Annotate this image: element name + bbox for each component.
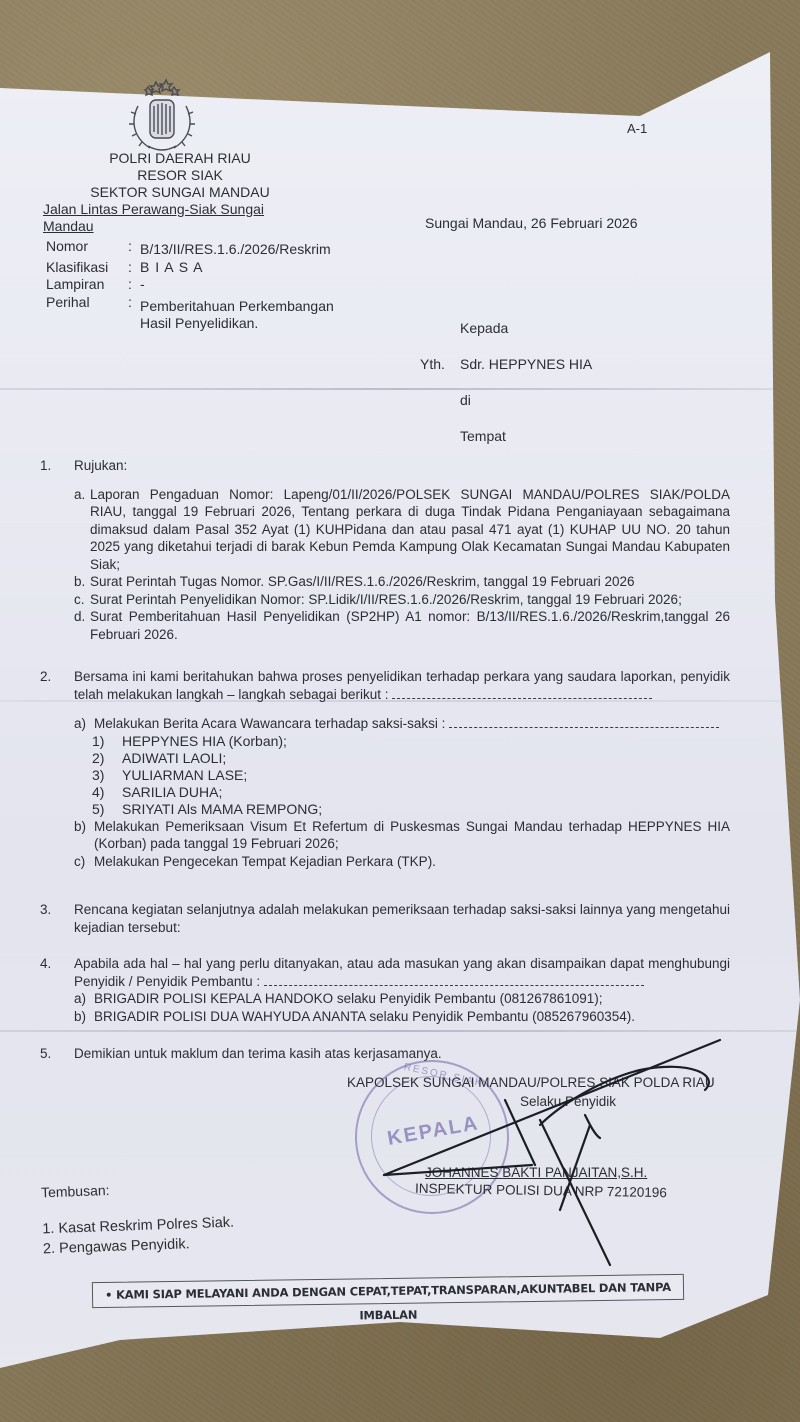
section-4-contacts: 4. Apabila ada hal – hal yang perlu dita… xyxy=(40,955,730,1025)
section-text: Bersama ini kami beritahukan bahwa prose… xyxy=(74,668,730,703)
recipient-yth: Yth. xyxy=(420,356,445,372)
meta-row-perihal: Perihal : Pemberitahuan Perkembangan Has… xyxy=(46,294,334,333)
meta-label: Klasifikasi xyxy=(46,259,128,277)
section-number: 5. xyxy=(40,1045,74,1063)
meta-row-klasifikasi: Klasifikasi : B I A S A xyxy=(46,259,334,277)
section-title: Rujukan: xyxy=(74,457,730,475)
meta-separator: : xyxy=(128,238,140,259)
witness-name: ADIWATI LAOLI; xyxy=(122,750,226,767)
meta-value: B/13/II/RES.1.6./2026/Reskrim xyxy=(140,238,331,259)
meta-separator: : xyxy=(128,294,140,333)
section-1-references: 1. Rujukan: a. Laporan Pengaduan Nomor: … xyxy=(40,457,730,643)
contact-text: BRIGADIR POLISI DUA WAHYUDA ANANTA selak… xyxy=(94,1008,730,1026)
section-5-closing: 5. Demikian untuk maklum dan terima kasi… xyxy=(40,1045,730,1063)
reference-item: c. Surat Perintah Penyelidikan Nomor: SP… xyxy=(74,591,730,609)
witness-item: 1)HEPPYNES HIA (Korban); xyxy=(92,733,730,750)
section-text: Apabila ada hal – hal yang perlu ditanya… xyxy=(74,955,730,990)
signatory-name: JOHANNES BAKTI PANJAITAN,S.H. xyxy=(425,1165,647,1180)
letterhead-address: Jalan Lintas Perawang-Siak Sungai Mandau xyxy=(43,201,315,235)
witness-number: 5) xyxy=(92,801,122,818)
reference-item: b. Surat Perintah Tugas Nomor. SP.Gas/I/… xyxy=(74,573,730,591)
witness-name: SRIYATI Als MAMA REMPONG; xyxy=(122,801,322,818)
item-label: a) xyxy=(74,715,94,733)
meta-row-nomor: Nomor : B/13/II/RES.1.6./2026/Reskrim xyxy=(46,238,334,259)
item-label: a. xyxy=(74,486,90,574)
meta-label: Perihal xyxy=(46,294,128,333)
item-label: b) xyxy=(74,818,94,853)
reference-item: a. Laporan Pengaduan Nomor: Lapeng/01/II… xyxy=(74,486,730,574)
section-2-progress: 2. Bersama ini kami beritahukan bahwa pr… xyxy=(40,668,730,870)
witness-name: HEPPYNES HIA (Korban); xyxy=(122,733,287,750)
witness-item: 5)SRIYATI Als MAMA REMPONG; xyxy=(92,801,730,818)
item-text: Surat Perintah Penyelidikan Nomor: SP.Li… xyxy=(90,591,730,609)
witness-number: 4) xyxy=(92,784,122,801)
section-number: 4. xyxy=(40,955,74,990)
dashed-fill-line xyxy=(392,688,652,699)
meta-label: Nomor xyxy=(46,238,128,259)
action-item: b) Melakukan Pemeriksaan Visum Et Refert… xyxy=(74,818,730,853)
witness-item: 2)ADIWATI LAOLI; xyxy=(92,750,730,767)
section-text: Demikian untuk maklum dan terima kasih a… xyxy=(74,1045,730,1063)
contact-item: b) BRIGADIR POLISI DUA WAHYUDA ANANTA se… xyxy=(74,1008,730,1026)
subject-line: Hasil Penyelidikan. xyxy=(140,315,334,333)
witness-item: 4)SARILIA DUHA; xyxy=(92,784,730,801)
meta-value: Pemberitahuan Perkembangan Hasil Penyeli… xyxy=(140,294,334,333)
contact-text: BRIGADIR POLISI KEPALA HANDOKO selaku Pe… xyxy=(94,990,730,1008)
carbon-copy-block: Tembusan: 1. Kasat Reskrim Polres Siak. … xyxy=(41,1177,235,1260)
subject-line: Pemberitahuan Perkembangan xyxy=(140,298,334,316)
letterhead-line: SEKTOR SUNGAI MANDAU xyxy=(45,184,315,201)
section-3-plan: 3. Rencana kegiatan selanjutnya adalah m… xyxy=(40,901,730,936)
meta-row-lampiran: Lampiran : - xyxy=(46,276,334,294)
meta-value: B I A S A xyxy=(140,259,203,277)
action-item: a) Melakukan Berita Acara Wawancara terh… xyxy=(74,715,730,733)
form-code: A-1 xyxy=(627,121,647,136)
witness-name: SARILIA DUHA; xyxy=(122,784,222,801)
witness-name: YULIARMAN LASE; xyxy=(122,767,247,784)
item-label: c. xyxy=(74,591,90,609)
item-text: Surat Pemberitahuan Hasil Penyelidikan (… xyxy=(90,608,730,643)
item-text: Laporan Pengaduan Nomor: Lapeng/01/II/20… xyxy=(90,486,730,574)
item-label: a) xyxy=(74,990,94,1008)
place-date: Sungai Mandau, 26 Februari 2026 xyxy=(425,215,637,231)
signatory-role: Selaku Penyidik xyxy=(520,1094,616,1109)
paper-fold-crease xyxy=(0,1030,800,1032)
recipient-kepada: Kepada xyxy=(460,320,508,336)
witness-number: 1) xyxy=(92,733,122,750)
letterhead-line: POLRI DAERAH RIAU xyxy=(45,150,315,167)
item-text: Melakukan Berita Acara Wawancara terhada… xyxy=(94,715,730,733)
letterhead: POLRI DAERAH RIAU RESOR SIAK SEKTOR SUNG… xyxy=(45,150,315,235)
item-label: b. xyxy=(74,573,90,591)
recipient-tempat: Tempat xyxy=(460,428,506,444)
item-text-content: Melakukan Berita Acara Wawancara terhada… xyxy=(94,716,445,731)
witness-number: 2) xyxy=(92,750,122,767)
witness-item: 3)YULIARMAN LASE; xyxy=(92,767,730,784)
section-number: 3. xyxy=(40,901,74,936)
witness-list: 1)HEPPYNES HIA (Korban); 2)ADIWATI LAOLI… xyxy=(92,733,730,818)
recipient-di: di xyxy=(460,392,471,408)
item-text: Melakukan Pemeriksaan Visum Et Refertum … xyxy=(94,818,730,853)
polri-emblem-icon xyxy=(120,78,204,156)
item-text: Surat Perintah Tugas Nomor. SP.Gas/I/II/… xyxy=(90,573,730,591)
letter-metadata: Nomor : B/13/II/RES.1.6./2026/Reskrim Kl… xyxy=(46,238,334,333)
meta-label: Lampiran xyxy=(46,276,128,294)
contact-item: a) BRIGADIR POLISI KEPALA HANDOKO selaku… xyxy=(74,990,730,1008)
action-item: c) Melakukan Pengecekan Tempat Kejadian … xyxy=(74,853,730,871)
section-number: 1. xyxy=(40,457,74,475)
signatory-office: KAPOLSEK SUNGAI MANDAU/POLRES SIAK POLDA… xyxy=(347,1075,715,1090)
item-text: Melakukan Pengecekan Tempat Kejadian Per… xyxy=(94,853,730,871)
dashed-fill-line xyxy=(449,717,719,728)
letterhead-line: RESOR SIAK xyxy=(45,167,315,184)
witness-number: 3) xyxy=(92,767,122,784)
section-text: Rencana kegiatan selanjutnya adalah mela… xyxy=(74,901,730,936)
paper-fold-crease xyxy=(0,388,800,390)
recipient-name: Sdr. HEPPYNES HIA xyxy=(460,356,592,372)
meta-separator: : xyxy=(128,259,140,277)
meta-separator: : xyxy=(128,276,140,294)
meta-value: - xyxy=(140,276,145,294)
item-label: c) xyxy=(74,853,94,871)
section-number: 2. xyxy=(40,668,74,703)
dashed-fill-line xyxy=(264,975,644,986)
item-label: d. xyxy=(74,608,90,643)
reference-item: d. Surat Pemberitahuan Hasil Penyelidika… xyxy=(74,608,730,643)
item-label: b) xyxy=(74,1008,94,1026)
